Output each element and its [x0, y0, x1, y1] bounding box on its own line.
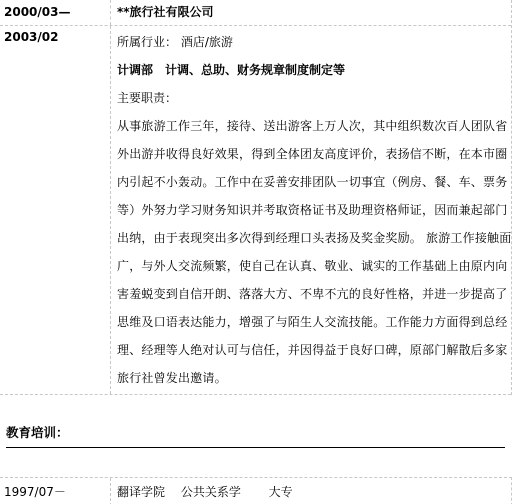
work-body-row: 所属行业： 酒店/旅游 计调部 计调、总助、财务规章制度制定等 主要职责： 从事…: [0, 26, 511, 395]
industry-line: 所属行业： 酒店/旅游: [117, 28, 511, 56]
description-line: 外出游并收得良好效果，得到全体团友高度评价，表扬信不断，在本市圈: [117, 140, 511, 168]
description-line: 内引起不小轰动。工作中在妥善安排团队一切事宜（例房、餐、车、票务: [117, 168, 511, 196]
education-row: 1997/07－2000/09 翻译学院 公共关系学 大专: [0, 477, 512, 504]
department-line: 计调部 计调、总助、财务规章制度制定等: [117, 56, 511, 84]
section-divider: [6, 447, 505, 448]
education-period: 1997/07－2000/09: [0, 478, 111, 504]
work-details: 所属行业： 酒店/旅游 计调部 计调、总助、财务规章制度制定等 主要职责： 从事…: [111, 26, 514, 394]
description-line: 思维及口语表达能力，增强了与陌生人交流技能。工作能力方面得到总经: [117, 308, 511, 336]
description-line: 等）外努力学习财务知识并考取资格证书及助理资格师证，因而兼起部门: [117, 196, 511, 224]
industry-label: 所属行业：: [117, 35, 177, 49]
description-line: 旅行社曾发出邀请。: [117, 364, 511, 392]
empty-date-cell: [0, 26, 111, 394]
duties-label: 主要职责：: [117, 84, 511, 112]
description-line: 从事旅游工作三年，接待、送出游客上万人次，其中组织数次百人团队省: [117, 112, 511, 140]
company-name: **旅行社有限公司: [111, 0, 511, 25]
description-line: 出纳，由于表现突出多次得到经理口头表扬及奖金奖励。 旅游工作接触面: [117, 224, 511, 252]
work-period: 2000/03—2003/02: [0, 0, 111, 25]
description-line: 害羞蜕变到自信开朗、落落大方、不卑不亢的良好性格，并进一步提高了: [117, 280, 511, 308]
education-details: 翻译学院 公共关系学 大专: [111, 478, 511, 504]
work-header-row: 2000/03—2003/02 **旅行社有限公司: [0, 0, 511, 26]
work-experience-table: 2000/03—2003/02 **旅行社有限公司 所属行业： 酒店/旅游 计调…: [0, 0, 512, 395]
industry-value: 酒店/旅游: [181, 35, 233, 49]
description-line: 理、经理等人绝对认可与信任，并因得益于良好口碑，原部门解散后多家: [117, 336, 511, 364]
description-line: 广，与外人交流频繁，使自己在认真、敬业、诚实的工作基础上由原内向: [117, 252, 511, 280]
job-description: 从事旅游工作三年，接待、送出游客上万人次，其中组织数次百人团队省 外出游并收得良…: [117, 112, 511, 392]
education-section-title: 教育培训：: [6, 423, 69, 441]
